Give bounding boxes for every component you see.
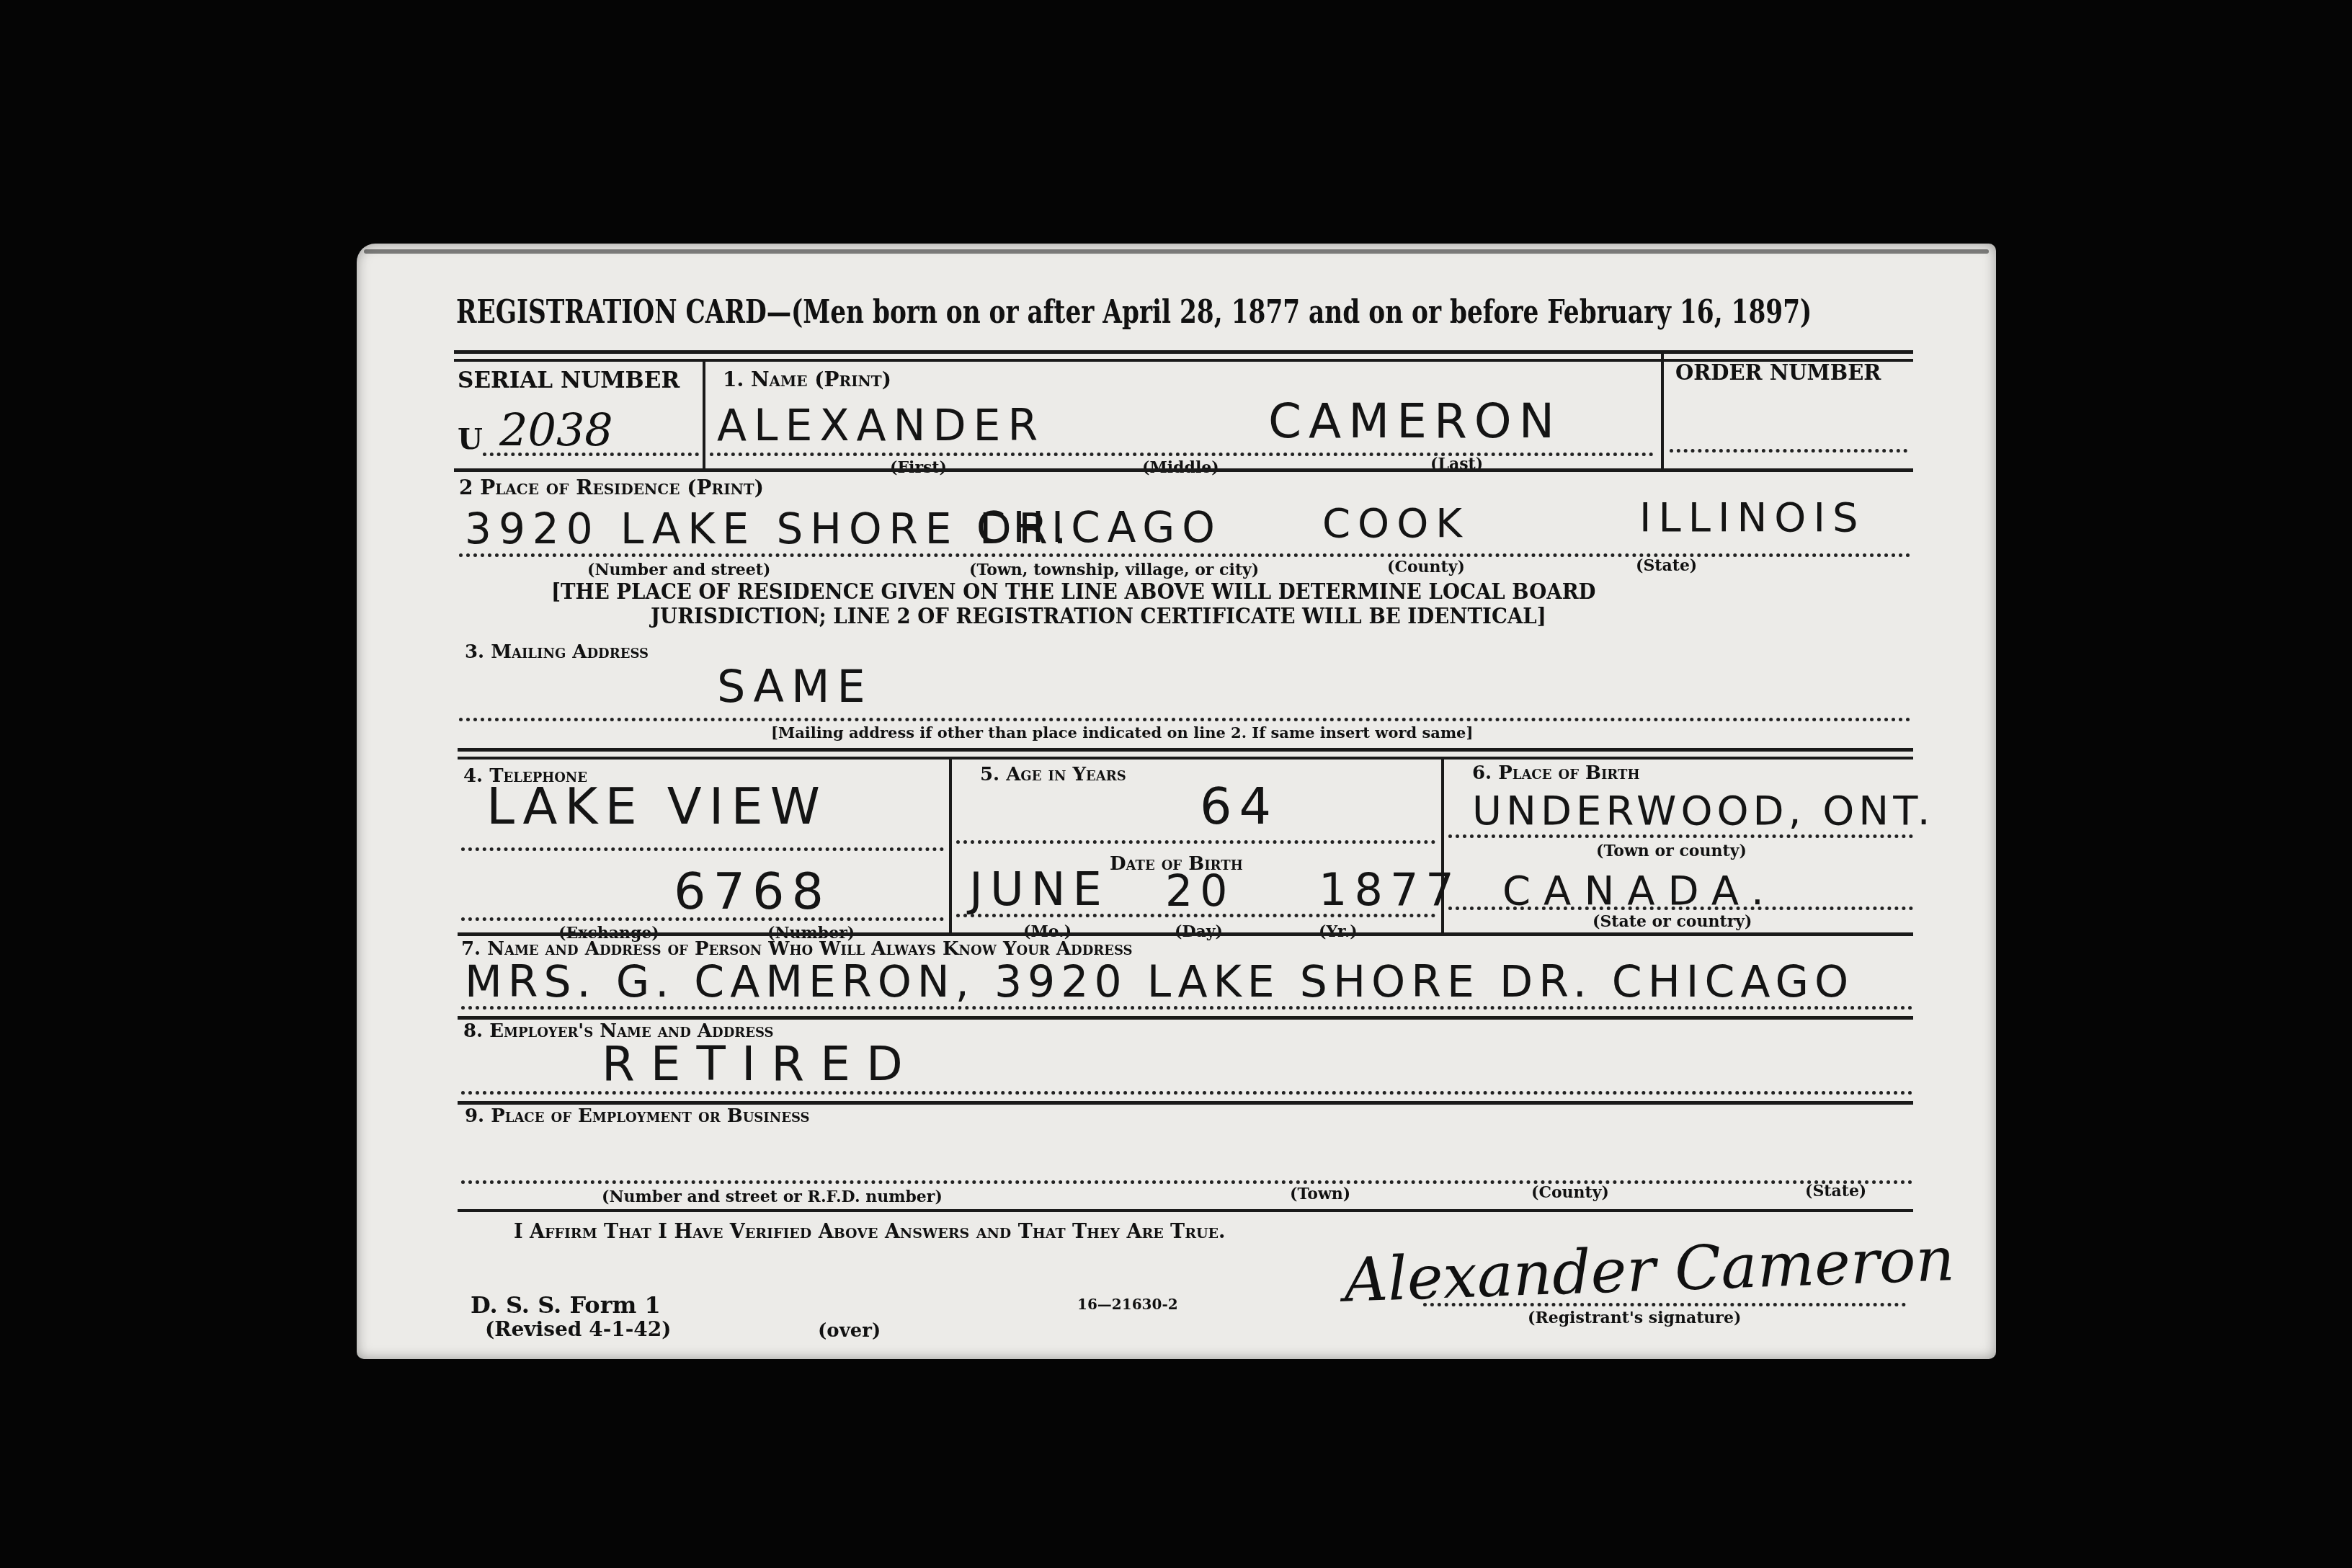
contact-field-line (461, 1006, 1913, 1010)
employer-field-line (461, 1091, 1913, 1095)
phone-age-divider (949, 759, 952, 932)
caption-town-or-county: (Town or county) (1596, 842, 1747, 860)
caption-county-2: (County) (1531, 1183, 1609, 1202)
residence-state-value: ILLINOIS (1639, 494, 1865, 541)
dob-month-value: JUNE (969, 863, 1109, 917)
residence-county-value: COOK (1322, 500, 1469, 547)
telephone-number-line (461, 917, 944, 921)
caption-state-or-country: (State or country) (1592, 912, 1752, 931)
residence-city-value: CHICAGO (976, 503, 1222, 552)
employment-place-label: 9. Place of Employment or Business (465, 1105, 810, 1127)
birthplace-town-line (1448, 834, 1913, 838)
row3-bottom-rule (458, 748, 1913, 752)
serial-divider (703, 359, 705, 468)
caption-middle: (Middle) (1142, 458, 1219, 477)
dob-day-value: 20 (1165, 866, 1234, 917)
name-first-value: ALEXANDER (717, 401, 1045, 451)
card-title: REGISTRATION CARD—(Men born on or after … (456, 294, 1812, 331)
birthplace-town-value: UNDERWOOD, ONT. (1472, 788, 1935, 834)
age-value: 64 (1200, 777, 1278, 836)
mailing-address-label: 3. Mailing Address (465, 641, 649, 663)
telephone-exchange-value: LAKE VIEW (486, 777, 827, 836)
caption-first: (First) (890, 458, 947, 477)
residence-label: 2 Place of Residence (Print) (459, 476, 764, 499)
serial-number-value: 2038 (499, 404, 613, 456)
birthplace-label: 6. Place of Birth (1472, 762, 1639, 784)
row3-bottom-rule-inner (458, 757, 1913, 759)
caption-town-2: (Town) (1290, 1185, 1350, 1203)
affirmation-text: I Affirm That I Have Verified Above Answ… (514, 1221, 1225, 1243)
order-field-line (1670, 449, 1907, 453)
telephone-number-value: 6768 (674, 862, 831, 921)
order-number-label: ORDER NUMBER (1675, 360, 1881, 385)
signature-field-line (1423, 1303, 1906, 1306)
caption-year: (Yr.) (1319, 922, 1358, 941)
serial-prefix: U (458, 422, 483, 456)
form-id: D. S. S. Form 1 (471, 1291, 661, 1319)
order-divider (1661, 352, 1664, 468)
jurisdiction-note-line2: JURISDICTION; LINE 2 OF REGISTRATION CER… (651, 604, 1546, 629)
name-label: 1. Name (Print) (723, 367, 891, 391)
name-field-line (710, 453, 1654, 456)
employer-value: RETIRED (602, 1036, 919, 1092)
registration-card: REGISTRATION CARD—(Men born on or after … (357, 244, 1996, 1359)
contact-value: MRS. G. CAMERON, 3920 LAKE SHORE DR. CHI… (465, 957, 1854, 1007)
over-note: (over) (818, 1320, 881, 1342)
caption-state-2: (State) (1805, 1182, 1866, 1200)
age-field-line (956, 840, 1435, 844)
caption-street: (Number and street) (587, 561, 770, 579)
mailing-address-note: [Mailing address if other than place ind… (771, 723, 1473, 741)
jurisdiction-note-line1: [THE PLACE OF RESIDENCE GIVEN ON THE LIN… (551, 579, 1596, 605)
birthplace-country-line (1448, 906, 1913, 910)
form-revised: (Revised 4-1-42) (485, 1317, 672, 1341)
caption-rfd: (Number and street or R.F.D. number) (602, 1188, 943, 1206)
registrant-signature: Alexander Cameron (1343, 1224, 1956, 1316)
mailing-address-value: SAME (717, 660, 873, 713)
dob-year-value: 1877 (1319, 863, 1461, 916)
print-code: 16—21630-2 (1077, 1296, 1178, 1313)
caption-county: (County) (1387, 558, 1465, 576)
mailing-field-line (459, 718, 1911, 721)
caption-town: (Town, township, village, or city) (969, 561, 1259, 579)
name-last-value: CAMERON (1268, 393, 1562, 449)
caption-signature: (Registrant's signature) (1528, 1309, 1741, 1327)
dob-field-line (956, 914, 1435, 917)
telephone-exchange-line (461, 847, 944, 851)
serial-field-line (483, 453, 699, 456)
serial-number-label: SERIAL NUMBER (458, 367, 680, 393)
row7-bottom-rule (458, 1016, 1913, 1020)
row1-bottom-rule (454, 468, 1913, 472)
top-rule (454, 350, 1913, 354)
employment-field-line (461, 1180, 1913, 1184)
row8-bottom-rule (458, 1101, 1913, 1105)
age-label: 5. Age in Years (980, 764, 1126, 785)
row4-bottom-rule (458, 932, 1913, 936)
caption-day: (Day) (1175, 922, 1223, 941)
caption-state: (State) (1636, 556, 1697, 575)
row9-bottom-rule (458, 1209, 1913, 1212)
